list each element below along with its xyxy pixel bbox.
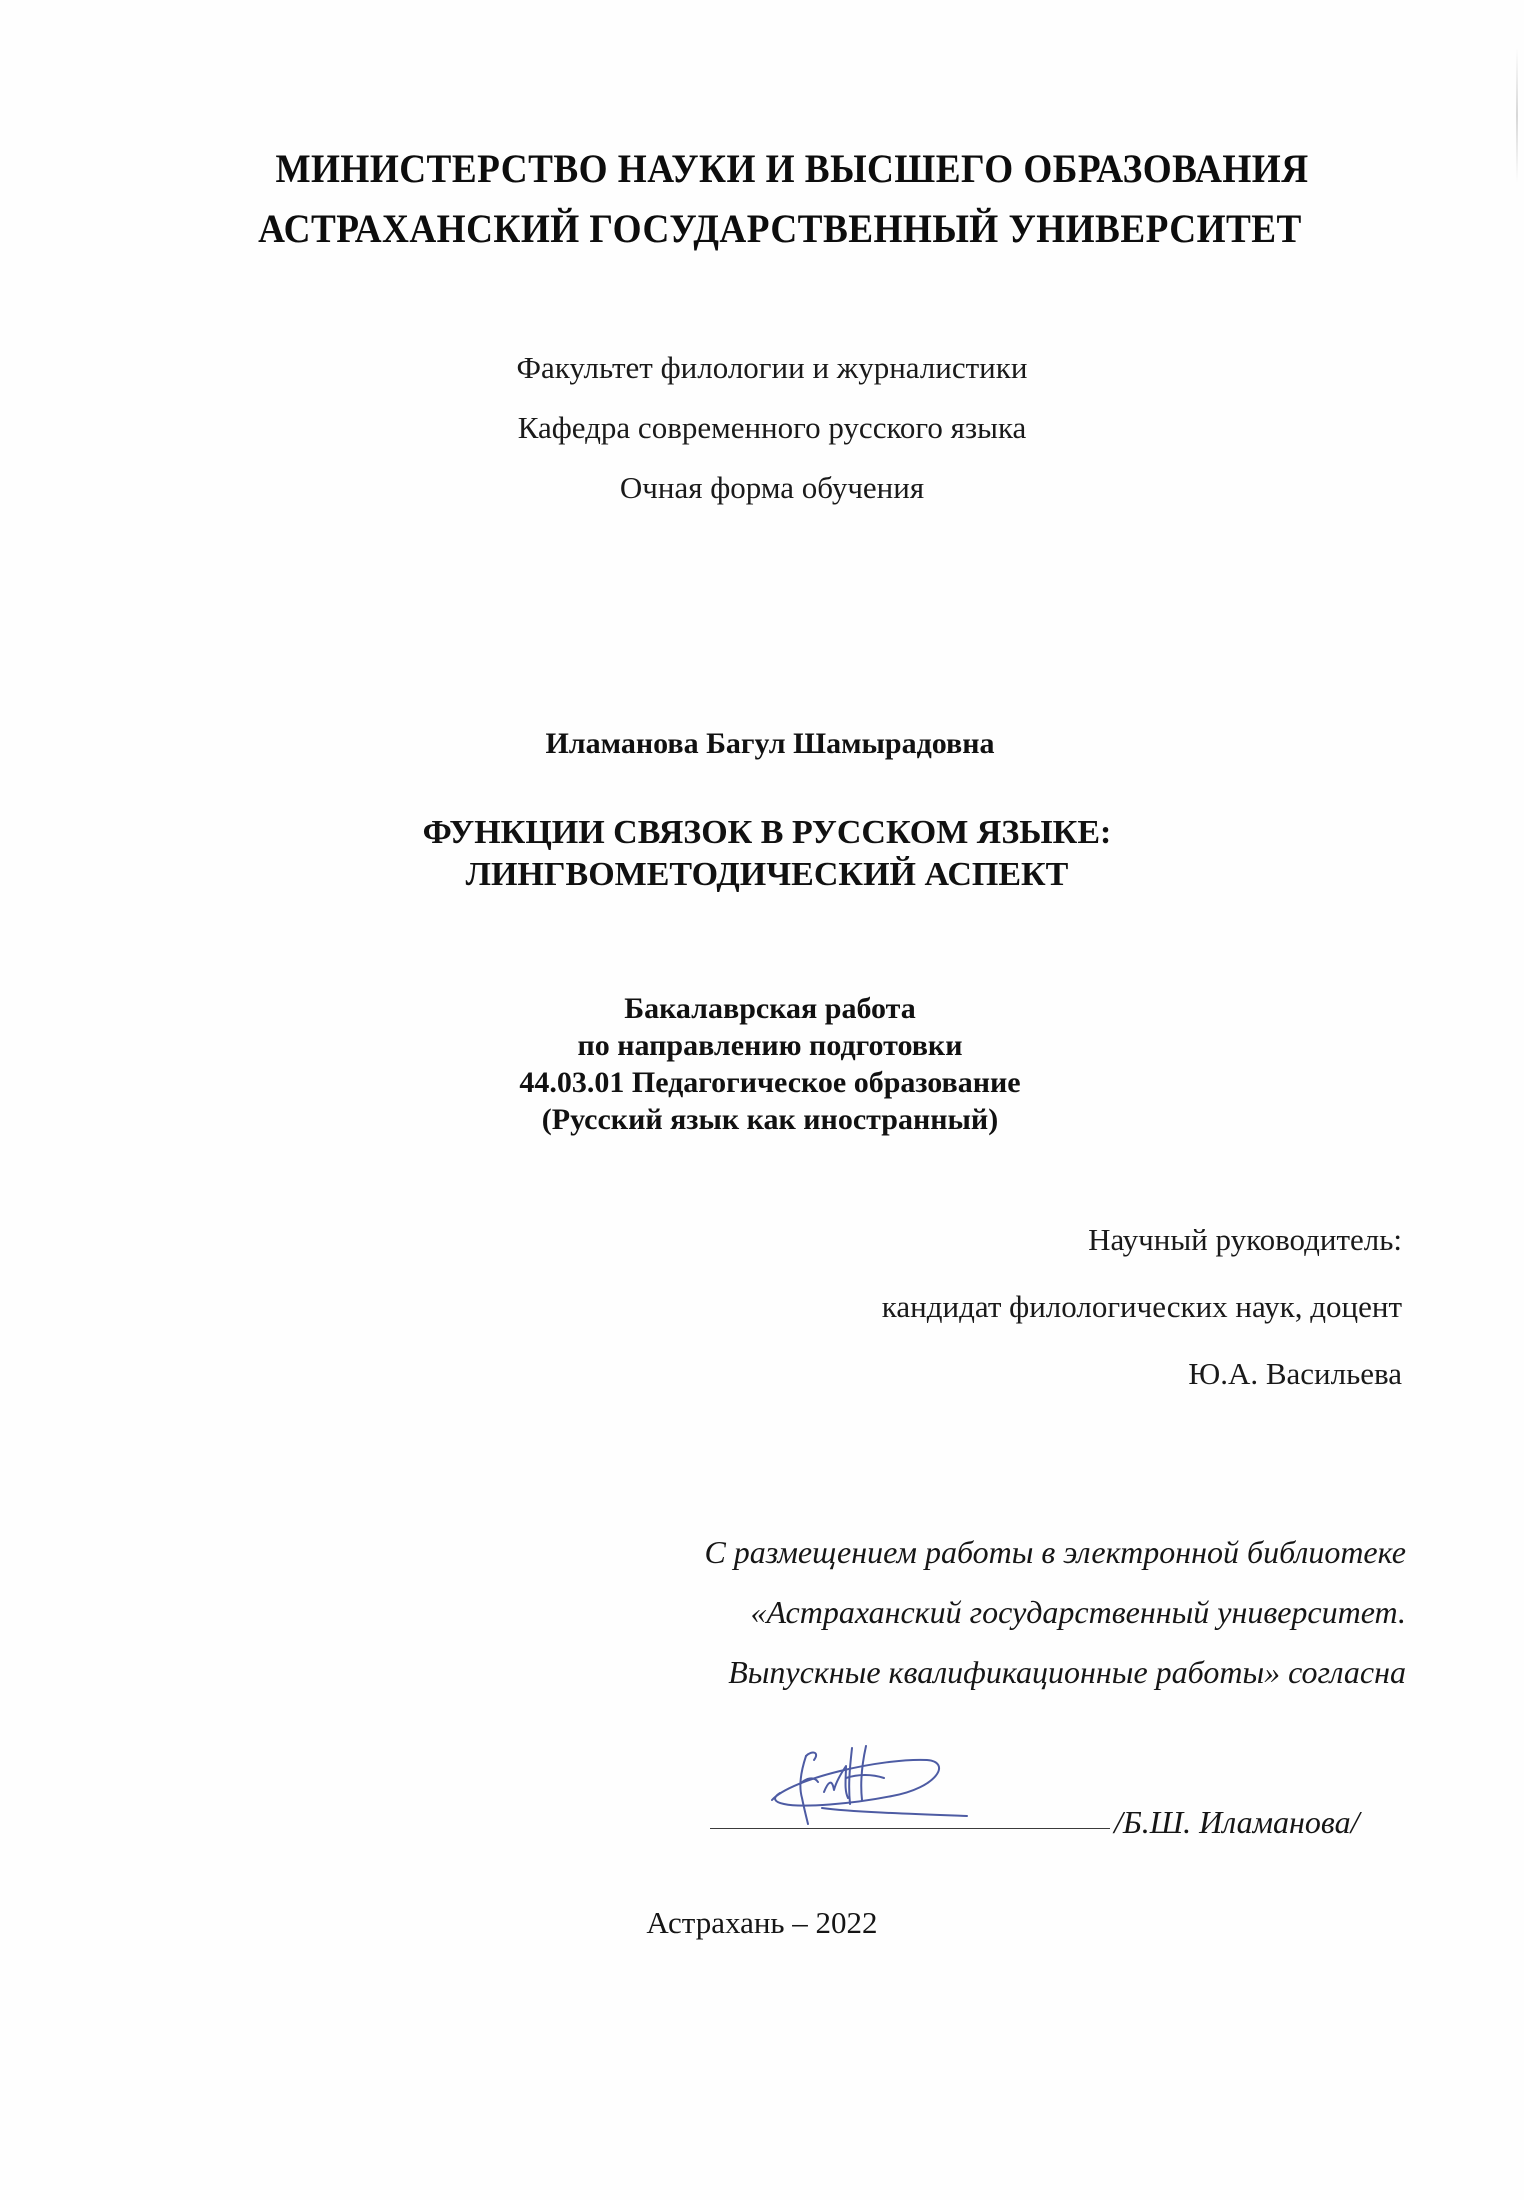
title-page: МИНИСТЕРСТВО НАУКИ И ВЫСШЕГО ОБРАЗОВАНИЯ… <box>0 0 1524 2200</box>
advisor-label: Научный руководитель: <box>1088 1222 1402 1258</box>
signature-line <box>710 1828 1110 1829</box>
city-year: Астрахань – 2022 <box>0 1905 1524 1941</box>
department-name: Кафедра современного русского языка <box>10 410 1524 446</box>
consent-line-2: «Астраханский государственный университе… <box>750 1594 1406 1631</box>
handwritten-signature-icon <box>762 1738 972 1828</box>
thesis-title: ФУНКЦИИ СВЯЗОК В РУССКОМ ЯЗЫКЕ: ЛИНГВОМЕ… <box>5 812 1524 896</box>
advisor-degree: кандидат филологических наук, доцент <box>882 1289 1402 1325</box>
faculty-name: Факультет филологии и журналистики <box>10 350 1524 386</box>
thesis-title-line-1: ФУНКЦИИ СВЯЗОК В РУССКОМ ЯЗЫКЕ: <box>5 812 1524 854</box>
signer-name: /Б.Ш. Иламанова/ <box>1114 1804 1359 1841</box>
work-type: Бакалаврская работа <box>8 990 1524 1027</box>
work-type-block: Бакалаврская работа по направлению подго… <box>8 990 1524 1138</box>
thesis-title-line-2: ЛИНГВОМЕТОДИЧЕСКИЙ АСПЕКТ <box>5 854 1524 896</box>
work-direction-code: 44.03.01 Педагогическое образование <box>8 1064 1524 1101</box>
study-form: Очная форма обучения <box>10 470 1524 506</box>
consent-line-1: С размещением работы в электронной библи… <box>704 1534 1406 1571</box>
ministry-heading: МИНИСТЕРСТВО НАУКИ И ВЫСШЕГО ОБРАЗОВАНИЯ <box>83 145 1500 192</box>
author-name: Иламанова Багул Шамырадовна <box>8 727 1524 761</box>
scan-artifact-line <box>1516 48 1518 183</box>
advisor-name: Ю.А. Васильева <box>1188 1356 1402 1392</box>
university-heading: АСТРАХАНСКИЙ ГОСУДАРСТВЕННЫЙ УНИВЕРСИТЕТ <box>71 205 1488 252</box>
work-profile: (Русский язык как иностранный) <box>8 1101 1524 1138</box>
work-direction-label: по направлению подготовки <box>8 1027 1524 1064</box>
consent-line-3: Выпускные квалификационные работы» согла… <box>728 1654 1406 1691</box>
